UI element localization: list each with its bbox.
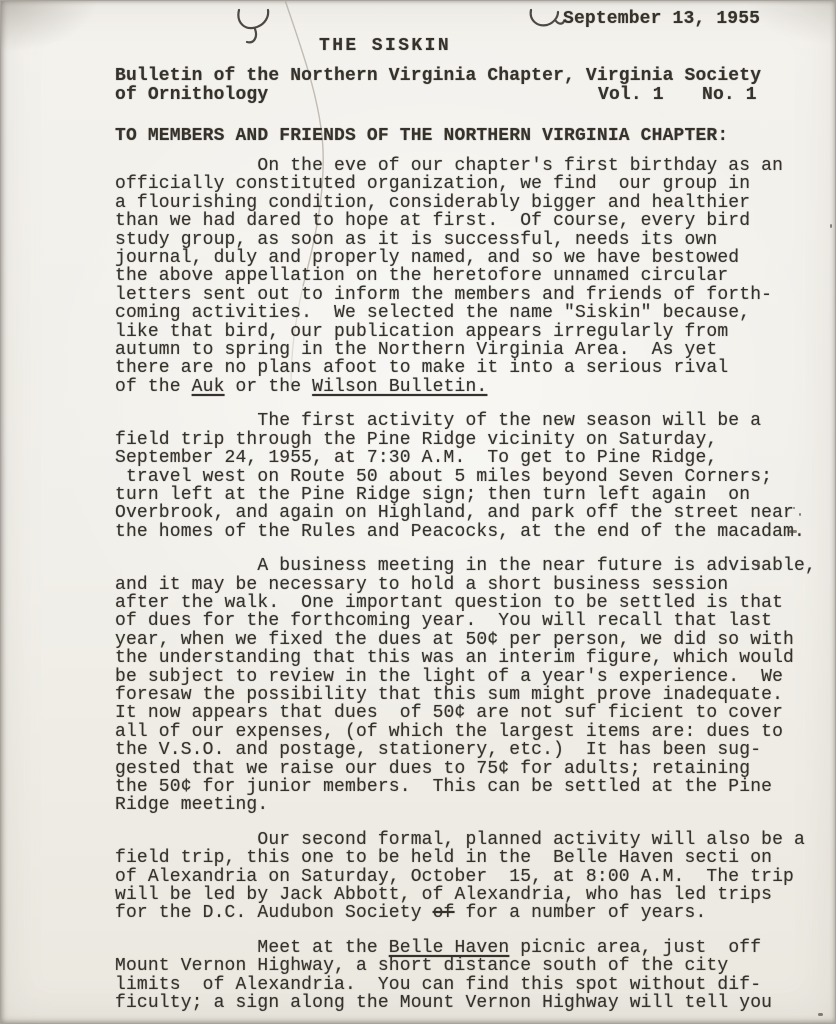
document-body: On the eve of our chapter's first birthd… xyxy=(115,157,831,1012)
text-line: a flourishing condition, considerably bi… xyxy=(115,194,831,212)
salutation-line: TO MEMBERS AND FRIENDS OF THE NORTHERN V… xyxy=(115,127,728,146)
paragraph: On the eve of our chapter's first birthd… xyxy=(115,157,831,396)
text-line: like that bird, our publication appears … xyxy=(115,323,831,341)
text-line: It now appears that dues of 50¢ are not … xyxy=(115,704,831,722)
issue-label: No. 1 xyxy=(702,86,757,105)
text-line: limits of Alexandria. You can find this … xyxy=(115,976,831,994)
text-line: the homes of the Rules and Peacocks, at … xyxy=(115,523,831,541)
text-line: study group, as soon as it is successful… xyxy=(115,231,831,249)
date-line: September 13, 1955 xyxy=(563,10,760,29)
volume-label: Vol. 1 xyxy=(598,86,664,105)
text-line: travel west on Route 50 about 5 miles be… xyxy=(115,468,831,486)
scan-speck xyxy=(789,530,797,533)
text-line: of dues for the forthcoming year. You wi… xyxy=(115,612,831,630)
text-line: there are no plans afoot to make it into… xyxy=(115,359,831,377)
text-line: Ridge meeting. xyxy=(115,796,831,814)
scan-speck xyxy=(757,561,760,568)
scan-speck xyxy=(818,1013,823,1016)
org-line-1: Bulletin of the Northern Virginia Chapte… xyxy=(115,67,761,86)
paragraph: A business meeting in the near future is… xyxy=(115,557,831,815)
text-line: field trip, this one to be held in the B… xyxy=(115,849,831,867)
paragraph: Meet at the Belle Haven picnic area, jus… xyxy=(115,939,831,1013)
text-line: A business meeting in the near future is… xyxy=(115,557,831,575)
org-line-2: of Ornithology xyxy=(115,86,268,105)
text-line: all of our expenses, (of which the large… xyxy=(115,723,831,741)
text-line: On the eve of our chapter's first birthd… xyxy=(115,157,831,175)
text-line: autumn to spring in the Northern Virgini… xyxy=(115,341,831,359)
page-title: THE SISKIN xyxy=(319,37,451,56)
text-line: year, when we fixed the dues at 50¢ per … xyxy=(115,631,831,649)
text-line: the understanding that this was an inter… xyxy=(115,649,831,667)
text-line: journal, duly and properly named, and so… xyxy=(115,249,831,267)
text-line: for the D.C. Audubon Society of for a nu… xyxy=(115,904,831,922)
text-line: the 50¢ for junior members. This can be … xyxy=(115,778,831,796)
scanned-bulletin-page: September 13, 1955 THE SISKIN Bulletin o… xyxy=(0,0,836,1024)
text-line: Mount Vernon Highway, a short distance s… xyxy=(115,957,831,975)
text-line: foresaw the possibility that this sum mi… xyxy=(115,686,831,704)
text-line: turn left at the Pine Ridge sign; then t… xyxy=(115,486,831,504)
text-line: gested that we raise our dues to 75¢ for… xyxy=(115,760,831,778)
text-line: officially constituted organization, we … xyxy=(115,175,831,193)
scan-speck xyxy=(799,513,801,516)
text-line: than we had dared to hope at first. Of c… xyxy=(115,212,831,230)
scan-speck xyxy=(830,224,832,228)
text-line: September 24, 1955, at 7:30 A.M. To get … xyxy=(115,449,831,467)
text-line: the V.S.O. and postage, stationery, etc.… xyxy=(115,741,831,759)
text-line: The first activity of the new season wil… xyxy=(115,412,831,430)
text-line: of the Auk or the Wilson Bulletin. xyxy=(115,378,831,396)
text-line: will be led by Jack Abbott, of Alexandri… xyxy=(115,886,831,904)
text-line: coming activities. We selected the name … xyxy=(115,304,831,322)
text-line: Overbrook, and again on Highland, and pa… xyxy=(115,504,831,522)
text-line: after the walk. One important question t… xyxy=(115,594,831,612)
paragraph: Our second formal, planned activity will… xyxy=(115,831,831,923)
text-line: Meet at the Belle Haven picnic area, jus… xyxy=(115,939,831,957)
text-line: the above appellation on the heretofore … xyxy=(115,267,831,285)
text-line: and it may be necessary to hold a short … xyxy=(115,576,831,594)
text-line: be subject to review in the light of a y… xyxy=(115,668,831,686)
text-line: of Alexandria on Saturday, October 15, a… xyxy=(115,868,831,886)
paragraph: The first activity of the new season wil… xyxy=(115,412,831,541)
text-line: field trip through the Pine Ridge vicini… xyxy=(115,431,831,449)
handwritten-mark-icon xyxy=(527,8,567,34)
text-line: Our second formal, planned activity will… xyxy=(115,831,831,849)
text-line: letters sent out to inform the members a… xyxy=(115,286,831,304)
text-line: ficulty; a sign along the Mount Vernon H… xyxy=(115,994,831,1012)
scan-speck xyxy=(793,507,795,509)
handwritten-mark-icon xyxy=(234,4,282,48)
